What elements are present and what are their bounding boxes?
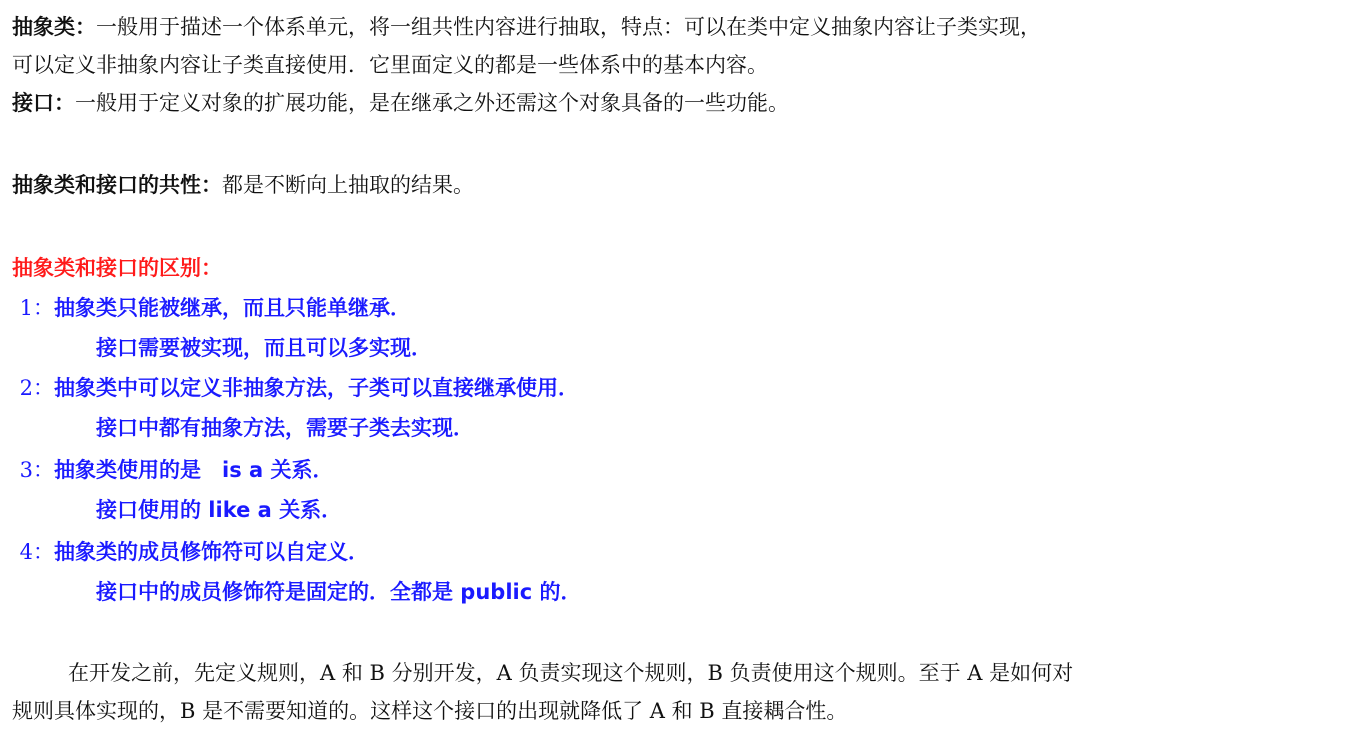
summary-line-2: 规则具体实现的，B 是不需要知道的。这样这个接口的出现就降低了 A 和 B 直接… bbox=[12, 696, 847, 726]
summary-line-1: 在开发之前，先定义规则，A 和 B 分别开发，A 负责实现这个规则，B 负责使用… bbox=[68, 658, 1073, 688]
difference-1-interface: 接口需要被实现，而且可以多实现． bbox=[96, 333, 432, 363]
interface-text: 一般用于定义对象的扩展功能，是在继承之外还需这个对象具备的一些功能。 bbox=[75, 91, 789, 115]
commonality-term: 抽象类和接口的共性： bbox=[12, 173, 222, 197]
difference-4-abstract: 4：抽象类的成员修饰符可以自定义． bbox=[12, 537, 369, 567]
abstract-class-definition: 抽象类：一般用于描述一个体系单元，将一组共性内容进行抽取，特点：可以在类中定义抽… bbox=[12, 12, 1041, 42]
difference-2-abstract: 2：抽象类中可以定义非抽象方法，子类可以直接继承使用． bbox=[12, 373, 579, 403]
differences-heading: 抽象类和接口的区别： bbox=[12, 253, 222, 283]
difference-2-interface: 接口中都有抽象方法，需要子类去实现． bbox=[96, 413, 474, 443]
abstract-class-term: 抽象类： bbox=[12, 15, 96, 39]
interface-definition: 接口：一般用于定义对象的扩展功能，是在继承之外还需这个对象具备的一些功能。 bbox=[12, 88, 789, 118]
abstract-class-text-2: 可以定义非抽象内容让子类直接使用．它里面定义的都是一些体系中的基本内容。 bbox=[12, 50, 768, 80]
difference-1-abstract: 1：抽象类只能被继承，而且只能单继承． bbox=[12, 293, 411, 323]
difference-4-interface: 接口中的成员修饰符是固定的．全都是 public 的． bbox=[96, 577, 581, 607]
difference-3-abstract: 3：抽象类使用的是 is a 关系． bbox=[12, 455, 334, 485]
abstract-class-text-1: 一般用于描述一个体系单元，将一组共性内容进行抽取，特点：可以在类中定义抽象内容让… bbox=[96, 15, 1041, 39]
commonality-text: 都是不断向上抽取的结果。 bbox=[222, 173, 474, 197]
commonality: 抽象类和接口的共性：都是不断向上抽取的结果。 bbox=[12, 170, 474, 200]
difference-3-interface: 接口使用的 like a 关系． bbox=[96, 495, 342, 525]
interface-term: 接口： bbox=[12, 91, 75, 115]
